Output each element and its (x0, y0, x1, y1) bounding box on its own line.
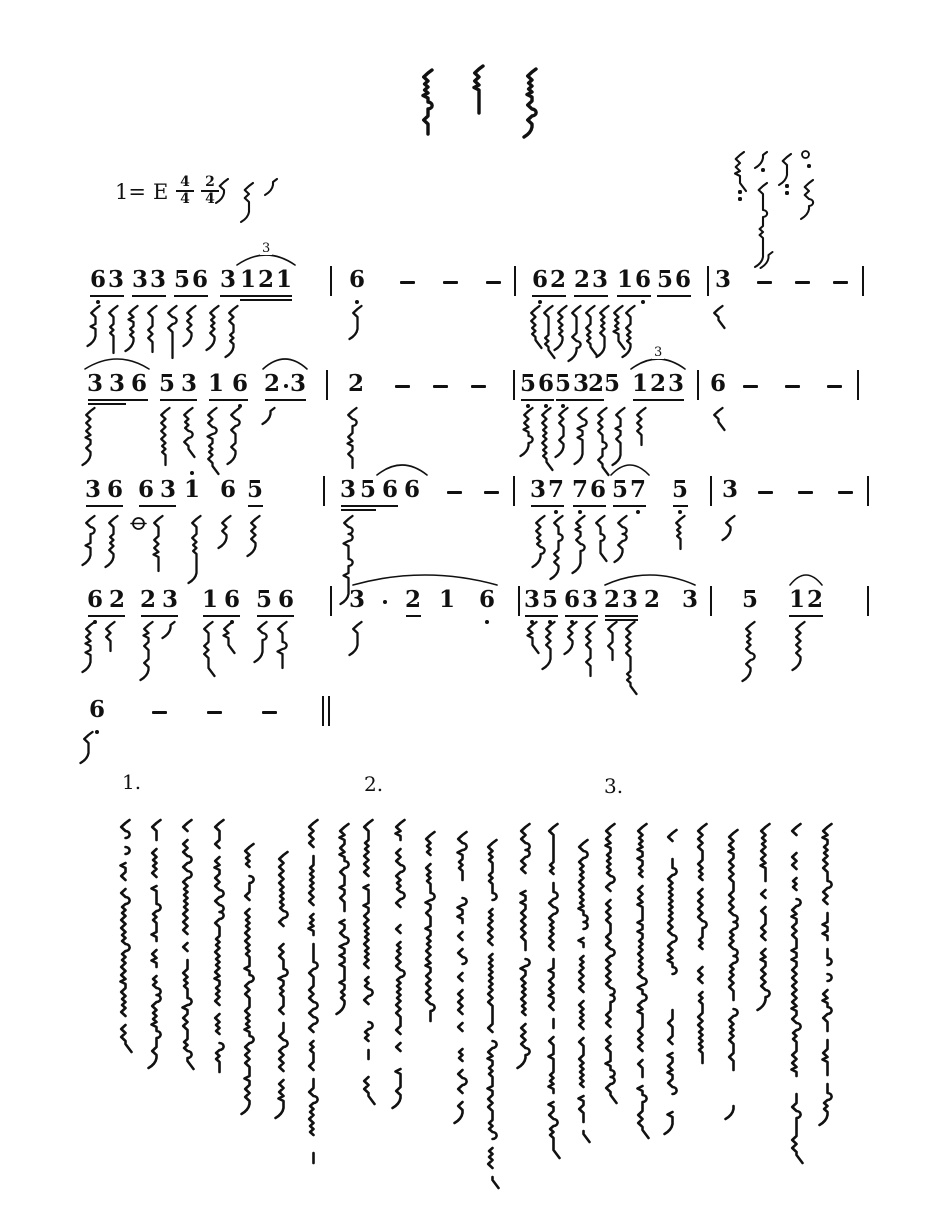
verse-3-mongolian-column (820, 822, 835, 1136)
inline-mongolian-mark (763, 250, 774, 278)
meter-numerator: 2 (201, 176, 219, 189)
lyric-mongolian-syllable (227, 304, 240, 360)
note: 3 (218, 268, 238, 292)
lyric-mongolian-syllable (540, 406, 553, 474)
lyric-mongolian-syllable (182, 406, 195, 466)
duration-dash (486, 281, 501, 284)
beam-underline (257, 615, 294, 617)
beam-underline (406, 615, 421, 617)
verse-1-mongolian-column (276, 850, 291, 1124)
lyric-mongolian-syllable (276, 620, 289, 680)
note: 6 (588, 478, 608, 502)
note: 2 (548, 268, 568, 292)
verse-2-mongolian-column (485, 838, 500, 1199)
note: 2 (138, 588, 158, 612)
note: 5 (740, 588, 760, 612)
beam-underline (88, 403, 126, 405)
key-label: E (153, 181, 168, 203)
note: 1 (200, 588, 220, 612)
barline (710, 476, 712, 506)
augmentation-dot (383, 600, 387, 604)
duration-dash (758, 491, 773, 494)
beam-underline (605, 615, 638, 617)
slur-tie-arc (262, 352, 308, 370)
duration-dash (262, 711, 277, 714)
note: 1 (787, 588, 807, 612)
note: 7 (628, 478, 648, 502)
lyric-mongolian-syllable (127, 304, 140, 358)
note: 3 (83, 478, 103, 502)
verse-1-mongolian-column (212, 818, 227, 1084)
lyric-mongolian-syllable (256, 620, 269, 672)
title-mongolian-glyph (469, 64, 489, 128)
duration-dash (152, 711, 167, 714)
note: 6 (402, 478, 422, 502)
duration-dash (838, 491, 853, 494)
beam-underline (613, 505, 646, 507)
beam-underline (240, 299, 292, 301)
verse-3-mongolian-column (726, 828, 741, 1132)
barline (326, 370, 328, 400)
note: 3 (666, 372, 686, 396)
lyric-mongolian-syllable (264, 406, 277, 434)
lyric-mongolian-syllable (351, 304, 364, 348)
lyric-mongolian-syllable (249, 514, 262, 566)
lyric-mongolian-syllable (712, 406, 725, 440)
lyric-mongolian-syllable (84, 620, 97, 682)
beam-underline (556, 399, 589, 401)
lyric-mongolian-syllable (584, 304, 597, 364)
note: 2 (642, 588, 662, 612)
lyric-mongolian-syllable (794, 620, 807, 678)
note: 7 (570, 478, 590, 502)
final-barline (867, 476, 869, 506)
slur-tie-arc (604, 568, 696, 586)
note: 1 (615, 268, 635, 292)
note: 3 (338, 478, 358, 502)
note: 3 (130, 268, 150, 292)
beam-underline (532, 295, 566, 297)
lyric-mongolian-syllable (142, 620, 155, 690)
credit-dot (785, 184, 788, 187)
lyric-mongolian-syllable (557, 406, 570, 466)
lyric-mongolian-syllable (206, 406, 219, 482)
lyric-mongolian-syllable (624, 620, 637, 704)
note: 5 (358, 478, 378, 502)
lyric-mongolian-syllable (152, 514, 165, 584)
lyric-mongolian-syllable (566, 620, 579, 664)
note: 3 (288, 372, 308, 396)
slur-tie-arc (376, 458, 428, 476)
note: 2 (572, 268, 592, 292)
beam-underline (265, 399, 306, 401)
final-barline (867, 586, 869, 616)
verse-2-mongolian-column (546, 822, 561, 1166)
note: 2 (648, 372, 668, 396)
note: 6 (218, 478, 238, 502)
note: 6 (347, 268, 367, 292)
credit-dot (761, 168, 765, 172)
tonic-label: 1= (115, 181, 146, 203)
barline (513, 370, 515, 400)
note: 2 (346, 372, 366, 396)
duration-dash (484, 491, 499, 494)
beam-underline (573, 505, 606, 507)
lyric-mongolian-syllable (222, 620, 235, 664)
duration-dash (795, 281, 810, 284)
lyric-mongolian-syllable (529, 304, 542, 360)
credit-dot (785, 191, 788, 194)
barline (697, 370, 699, 400)
final-barline (862, 266, 864, 296)
duration-dash (443, 281, 458, 284)
note: 3 (580, 588, 600, 612)
beam-underline (525, 615, 558, 617)
beam-underline (248, 505, 263, 507)
note: 3 (179, 372, 199, 396)
beam-underline (341, 505, 398, 507)
beam-underline (132, 295, 166, 297)
verse-2-mongolian-column (576, 838, 591, 1151)
note: 3 (522, 588, 542, 612)
lyric-mongolian-syllable (220, 514, 233, 554)
lyric-mongolian-syllable (166, 304, 179, 370)
barline (518, 586, 520, 616)
note: 6 (129, 372, 149, 396)
beam-underline (209, 399, 248, 401)
tuplet-number: 3 (260, 242, 272, 255)
slur-tie-arc (84, 352, 150, 370)
lyric-mongolian-syllable (229, 406, 242, 470)
note: 6 (85, 588, 105, 612)
duration-dash (833, 281, 848, 284)
lyric-mongolian-syllable (164, 620, 177, 650)
note: 3 (160, 588, 180, 612)
note: 3 (713, 268, 733, 292)
note: 3 (620, 588, 640, 612)
verse-2-mongolian-column (455, 830, 470, 1129)
note: 6 (673, 268, 693, 292)
verse-3-mongolian-column (603, 822, 618, 1117)
note: 6 (276, 588, 296, 612)
note: 6 (530, 268, 550, 292)
note: 1 (182, 478, 202, 502)
duration-dash (743, 385, 758, 388)
tuplet-number: 3 (652, 346, 664, 359)
credit-dot (807, 164, 811, 168)
verse-1-mongolian-column (337, 822, 352, 1027)
lyric-mongolian-syllable (185, 304, 198, 356)
slur-tie-arc (352, 568, 498, 586)
verse-2-mongolian-column (518, 822, 533, 1077)
note: 1 (630, 372, 650, 396)
note: 6 (562, 588, 582, 612)
beam-underline (589, 399, 604, 401)
lyric-mongolian-syllable (712, 304, 725, 338)
note: 5 (157, 372, 177, 396)
duration-dash (447, 491, 462, 494)
title-mongolian-glyph (522, 67, 542, 147)
meter-numerator: 4 (176, 176, 194, 189)
lyric-mongolian-syllable (556, 304, 569, 360)
note: 3 (720, 478, 740, 502)
lyric-mongolian-syllable (346, 406, 359, 482)
note: 5 (610, 478, 630, 502)
verse-2-mongolian-column (361, 818, 376, 1112)
note: 5 (602, 372, 622, 396)
beam-underline (141, 615, 178, 617)
note: 3 (680, 588, 700, 612)
lyric-mongolian-syllable (190, 514, 203, 592)
credit-circle-glyph (800, 149, 811, 160)
lyric-mongolian-syllable (208, 304, 221, 362)
duration-dash (757, 281, 772, 284)
tempo-mongolian-glyph (218, 177, 230, 213)
beam-underline (86, 505, 123, 507)
tempo-mongolian-glyph (243, 181, 255, 231)
note: 3 (85, 372, 105, 396)
lyric-mongolian-syllable (574, 514, 587, 584)
duration-dash (471, 385, 486, 388)
verse-3-mongolian-column (695, 822, 710, 1074)
note: 6 (88, 268, 108, 292)
lyric-mongolian-syllable (606, 620, 619, 670)
duration-dash (433, 385, 448, 388)
beam-underline (174, 295, 208, 297)
note: 5 (254, 588, 274, 612)
verse-2-label: 2. (364, 774, 383, 795)
lyric-mongolian-syllable (351, 620, 364, 664)
verse-1-label: 1. (122, 772, 141, 793)
lyric-mongolian-syllable (526, 620, 539, 668)
double-barline (328, 696, 330, 726)
lyric-mongolian-syllable (594, 514, 607, 576)
beam-underline (617, 295, 651, 297)
note: 2 (262, 372, 282, 396)
lyric-mongolian-syllable (598, 304, 611, 370)
double-barline (322, 696, 324, 726)
verse-1-mongolian-column (180, 818, 195, 1080)
beam-underline (203, 615, 240, 617)
octave-dot-below (641, 300, 645, 304)
note: 6 (708, 372, 728, 396)
lyric-circle-glyph (131, 516, 146, 531)
lyric-mongolian-syllable (674, 514, 687, 558)
note: 6 (380, 478, 400, 502)
title-mongolian-glyph (418, 68, 438, 144)
note: 3 (106, 268, 126, 292)
time-signature-4-4: 4 4 (176, 176, 194, 206)
credit-mongolian-column (803, 178, 815, 232)
lyric-mongolian-syllable (570, 304, 583, 368)
note: 2 (256, 268, 276, 292)
lyric-mongolian-syllable (542, 304, 555, 368)
lyric-mongolian-syllable (576, 406, 589, 476)
credit-dot (738, 190, 741, 193)
note: 6 (136, 478, 156, 502)
note: 2 (107, 588, 127, 612)
note: 5 (655, 268, 675, 292)
beam-underline (789, 615, 823, 617)
note: 2 (805, 588, 825, 612)
slur-tie-arc (789, 568, 823, 586)
lyric-mongolian-syllable (104, 620, 117, 662)
beam-underline (521, 399, 554, 401)
note: 6 (222, 588, 242, 612)
note: 5 (553, 372, 573, 396)
meter-denominator: 4 (176, 193, 194, 206)
final-barline (857, 370, 859, 400)
note: 5 (518, 372, 538, 396)
verse-1-mongolian-column (149, 818, 164, 1074)
verse-3-label: 3. (604, 776, 623, 797)
beam-underline (531, 505, 564, 507)
beam-underline (565, 615, 598, 617)
note: 6 (477, 588, 497, 612)
note: 3 (158, 478, 178, 502)
verse-1-mongolian-column (306, 818, 321, 1171)
note: 1 (437, 588, 457, 612)
beam-underline (220, 295, 292, 297)
slur-tie-arc (610, 458, 650, 476)
beam-underline (88, 399, 148, 401)
lyric-mongolian-syllable (584, 620, 597, 692)
beam-underline (139, 505, 176, 507)
barline (330, 586, 332, 616)
note: 3 (107, 372, 127, 396)
verse-1-mongolian-column (118, 818, 133, 1062)
note: 5 (172, 268, 192, 292)
beam-underline (341, 509, 376, 511)
note: 6 (190, 268, 210, 292)
credit-mongolian-column (757, 150, 769, 177)
note: 3 (148, 268, 168, 292)
lyric-mongolian-syllable (552, 514, 565, 588)
note: 6 (105, 478, 125, 502)
time-signature-2-4: 2 4 (201, 176, 219, 206)
octave-dot-below (95, 730, 99, 734)
lyric-mongolian-syllable (635, 406, 648, 460)
beam-underline (574, 295, 608, 297)
barline (710, 586, 712, 616)
note: 5 (540, 588, 560, 612)
note: 3 (347, 588, 367, 612)
note: 1 (274, 268, 294, 292)
note: 6 (87, 698, 107, 722)
note: 3 (528, 478, 548, 502)
lyric-mongolian-syllable (744, 620, 757, 690)
beam-underline (633, 399, 684, 401)
verse-3-mongolian-column (635, 822, 650, 1152)
lyric-mongolian-syllable (84, 406, 97, 478)
tempo-mongolian-glyph (267, 177, 279, 206)
verse-1-mongolian-column (242, 842, 257, 1127)
lyric-mongolian-syllable (84, 514, 97, 570)
lyric-mongolian-syllable (159, 406, 172, 472)
duration-dash (827, 385, 842, 388)
verse-3-mongolian-column (758, 822, 773, 1017)
lyric-mongolian-syllable (107, 514, 120, 576)
duration-dash (798, 491, 813, 494)
lyric-mongolian-syllable (82, 730, 95, 776)
note: 5 (245, 478, 265, 502)
beam-underline (90, 295, 124, 297)
note: 6 (230, 372, 250, 396)
note: 7 (546, 478, 566, 502)
beam-underline (160, 399, 197, 401)
lyric-mongolian-syllable (616, 514, 629, 574)
lyric-mongolian-syllable (89, 304, 102, 358)
lyric-mongolian-syllable (522, 406, 535, 468)
octave-dot-below (485, 620, 489, 624)
lyric-mongolian-syllable (202, 620, 215, 686)
barline (513, 476, 515, 506)
duration-dash (400, 281, 415, 284)
note: 3 (590, 268, 610, 292)
note: 6 (633, 268, 653, 292)
verse-2-mongolian-column (423, 830, 438, 1032)
note: 2 (403, 588, 423, 612)
note: 1 (238, 268, 258, 292)
beam-underline (673, 505, 688, 507)
octave-dot-below (636, 510, 640, 514)
verse-3-mongolian-column (789, 822, 804, 1174)
duration-dash (785, 385, 800, 388)
sheet-music-page: 1= E 4 4 2 4 1. 2. 3. 633356312136622316… (0, 0, 950, 1214)
barline (323, 476, 325, 506)
lyric-mongolian-syllable (544, 620, 557, 680)
beam-underline (657, 295, 691, 297)
duration-dash (207, 711, 222, 714)
octave-dot-above (190, 471, 194, 475)
lyric-mongolian-syllable (534, 514, 547, 580)
note: 5 (670, 478, 690, 502)
note: 2 (602, 588, 622, 612)
barline (330, 266, 332, 296)
verse-3-mongolian-column (665, 828, 680, 1141)
credit-dot (738, 197, 741, 200)
barline (707, 266, 709, 296)
note: 1 (206, 372, 226, 396)
lyric-mongolian-syllable (724, 514, 737, 548)
duration-dash (395, 385, 410, 388)
barline (514, 266, 516, 296)
beam-underline (88, 615, 125, 617)
verse-2-mongolian-column (393, 818, 408, 1121)
